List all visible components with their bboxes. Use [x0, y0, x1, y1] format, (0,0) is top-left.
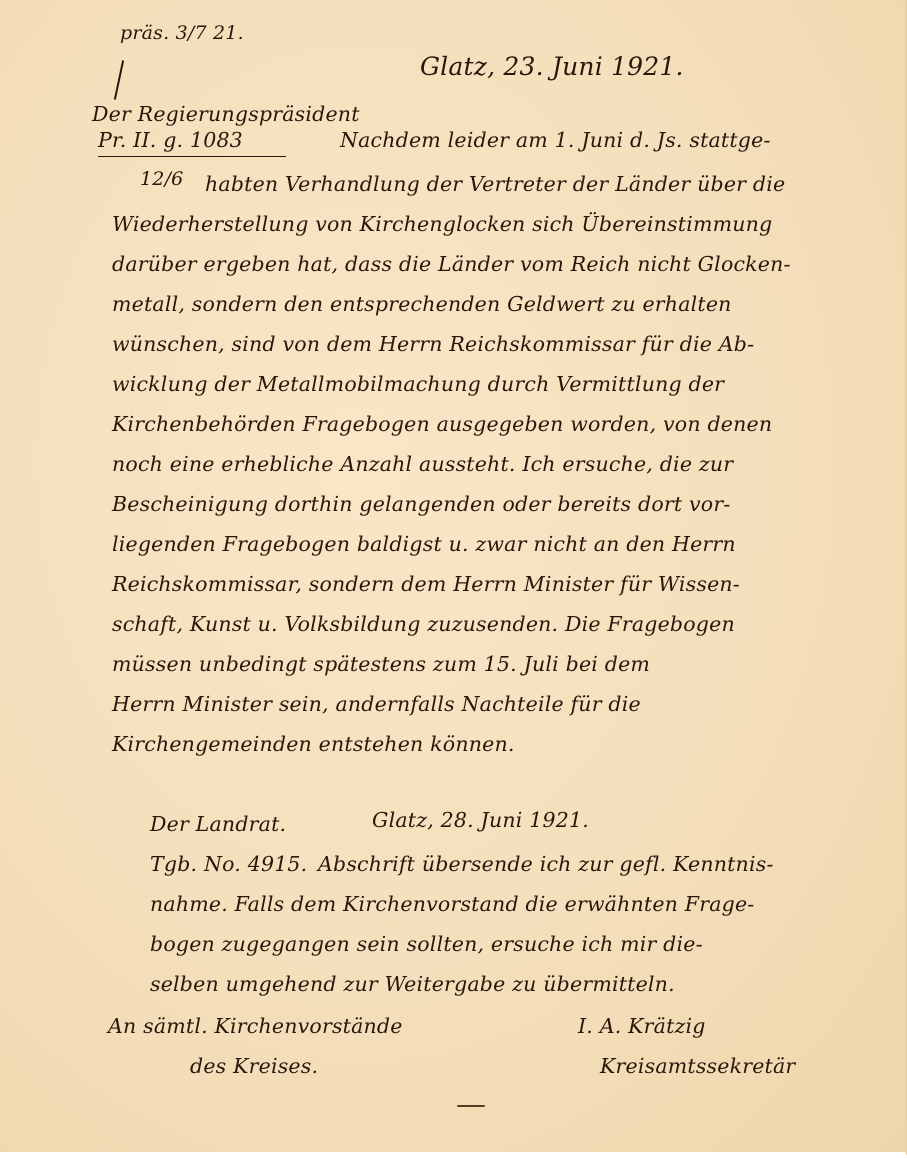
- sender-header: Der Regierungspräsident: [92, 102, 360, 126]
- body-line: Kirchengemeinden entstehen können.: [112, 732, 515, 756]
- addressee-line: des Kreises.: [190, 1054, 318, 1078]
- body-line: Wiederherstellung von Kirchenglocken sic…: [112, 212, 772, 236]
- endorsement-sender: Der Landrat.: [150, 812, 286, 836]
- body-line: darüber ergeben hat, dass die Länder vom…: [112, 252, 791, 276]
- body-line: metall, sondern den entsprechenden Geldw…: [112, 292, 732, 316]
- body-line: Nachdem leider am 1. Juni d. Js. stattge…: [340, 128, 771, 152]
- body-line: müssen unbedingt spätestens zum 15. Juli…: [112, 652, 650, 676]
- body-line: habten Verhandlung der Vertreter der Län…: [205, 172, 785, 196]
- closing-dash: [457, 1105, 485, 1107]
- signature: I. A. Krätzig: [578, 1014, 706, 1038]
- received-note: präs. 3/7 21.: [120, 22, 244, 44]
- endorsement-place-date: Glatz, 28. Juni 1921.: [372, 808, 589, 832]
- endorsement-reference: Tgb. No. 4915.: [150, 852, 307, 876]
- body-line: noch eine erhebliche Anzahl aussteht. Ic…: [112, 452, 733, 476]
- body-line: Herrn Minister sein, andernfalls Nachtei…: [112, 692, 641, 716]
- handwritten-letter-page: präs. 3/7 21. Glatz, 23. Juni 1921. Der …: [0, 0, 907, 1156]
- signature-title: Kreisamtssekretär: [600, 1054, 795, 1078]
- endorsement-line: bogen zugegangen sein sollten, ersuche i…: [150, 932, 703, 956]
- reference-date: 12/6: [140, 168, 183, 190]
- body-line: liegenden Fragebogen baldigst u. zwar ni…: [112, 532, 736, 556]
- place-date-header: Glatz, 23. Juni 1921.: [420, 52, 684, 81]
- body-line: wicklung der Metallmobilmachung durch Ve…: [112, 372, 724, 396]
- body-line: Reichskommissar, sondern dem Herrn Minis…: [112, 572, 740, 596]
- endorsement-line: Abschrift übersende ich zur gefl. Kenntn…: [318, 852, 774, 876]
- body-line: Bescheinigung dorthin gelangenden oder b…: [112, 492, 730, 516]
- reference-number: Pr. II. g. 1083: [98, 128, 286, 157]
- body-line: wünschen, sind von dem Herrn Reichskommi…: [112, 332, 754, 356]
- addressee-line: An sämtl. Kirchenvorstände: [108, 1014, 403, 1038]
- body-line: schaft, Kunst u. Volksbildung zuzusenden…: [112, 612, 735, 636]
- margin-mark: [114, 60, 124, 100]
- endorsement-line: nahme. Falls dem Kirchenvorstand die erw…: [150, 892, 754, 916]
- endorsement-line: selben umgehend zur Weitergabe zu übermi…: [150, 972, 675, 996]
- body-line: Kirchenbehörden Fragebogen ausgegeben wo…: [112, 412, 772, 436]
